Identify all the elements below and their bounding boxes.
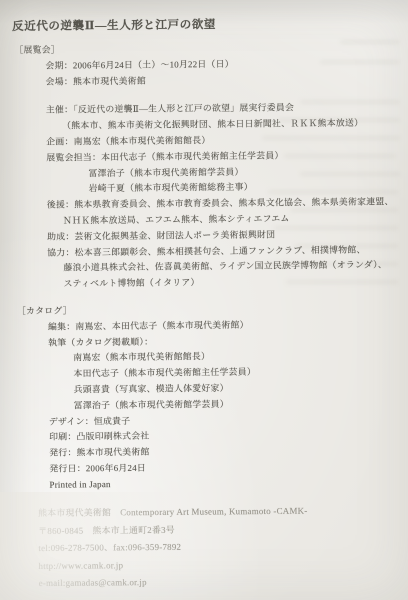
document-title: 反近代の逆襲Ⅱ―生人形と江戸の欲望: [12, 14, 404, 34]
text-line: 会場：熊本市現代美術館: [13, 71, 405, 91]
museum-footer: 熊本市現代美術館 Contemporary Art Museum, Kumamo…: [38, 502, 399, 593]
text-line: スティベルト博物館（イタリア）: [15, 273, 407, 293]
footer-line: e-mail:gamadas@camk.or.jp: [39, 572, 399, 593]
colophon-text: 反近代の逆襲Ⅱ―生人形と江戸の欲望 ［展覧会］ 会期：2006年6月24日（土）…: [12, 12, 408, 493]
book-page-photo: 反近代の逆襲Ⅱ―生人形と江戸の欲望 ［展覧会］ 会期：2006年6月24日（土）…: [0, 0, 408, 600]
text-line: Printed in Japan: [16, 474, 408, 494]
footer-lines: 熊本市現代美術館 Contemporary Art Museum, Kumamo…: [38, 502, 399, 593]
colophon-lines: ［展覧会］ 会期：2006年6月24日（土）～10月22日（日） 会場：熊本市現…: [12, 39, 408, 493]
